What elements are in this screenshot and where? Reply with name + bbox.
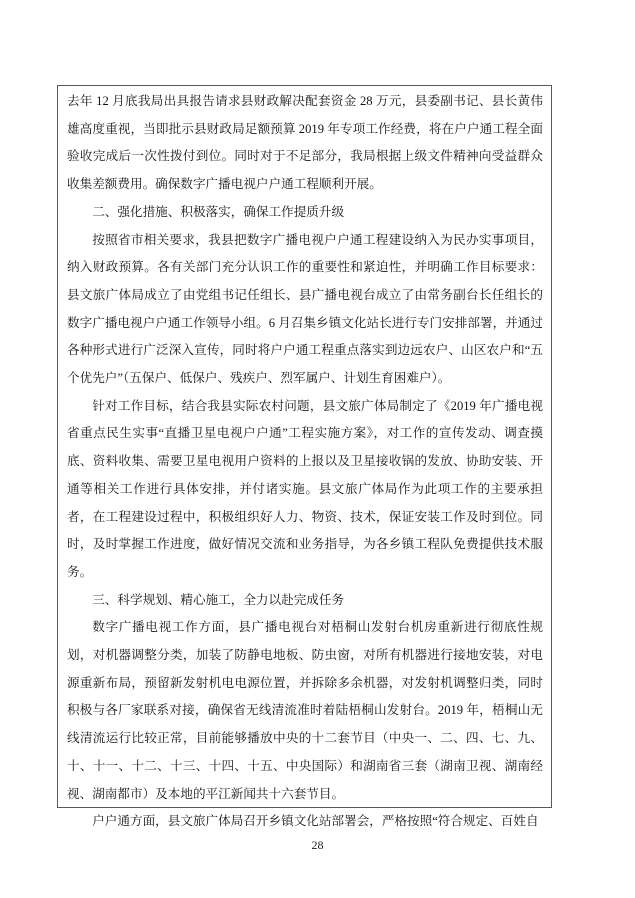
section-heading: 三、科学规划、精心施工，全力以赴完成任务: [67, 587, 543, 615]
paragraph: 按照省市相关要求，我县把数字广播电视户户通工程建设纳入为民办实事项目，纳入财政预…: [67, 227, 543, 393]
section-heading: 二、强化措施、积极落实，确保工作提质升级: [67, 199, 543, 227]
paragraph: 户户通方面，县文旅广体局召开乡镇文化站部署会，严格按照“符合规定、百姓自: [67, 808, 543, 836]
document-body: 去年 12 月底我局出具报告请求县财政解决配套资金 28 万元，县委副书记、县长…: [58, 86, 551, 836]
page-number: 28: [0, 838, 635, 853]
paragraph: 数字广播电视工作方面，县广播电视台对梧桐山发射台机房重新进行彻底性规划，对机器调…: [67, 614, 543, 808]
paragraph: 去年 12 月底我局出具报告请求县财政解决配套资金 28 万元，县委副书记、县长…: [67, 88, 543, 199]
document-page: 去年 12 月底我局出具报告请求县财政解决配套资金 28 万元，县委副书记、县长…: [0, 0, 635, 898]
paragraph: 针对工作目标，结合我县实际农村问题，县文旅广体局制定了《2019 年广播电视省重…: [67, 393, 543, 587]
content-border-box: 去年 12 月底我局出具报告请求县财政解决配套资金 28 万元，县委副书记、县长…: [57, 85, 552, 808]
